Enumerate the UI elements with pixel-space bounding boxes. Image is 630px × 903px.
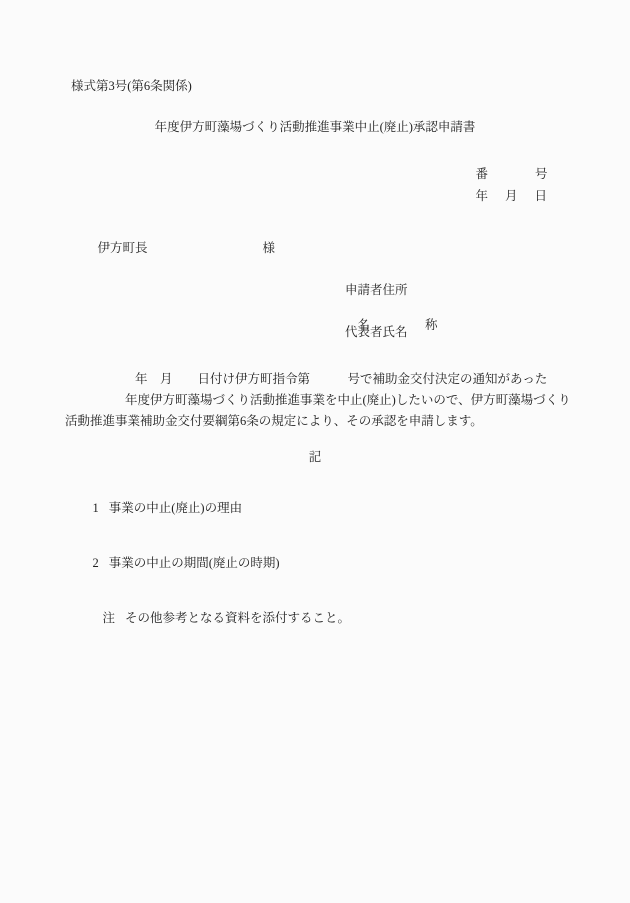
list-item-1-number: 1 — [93, 501, 99, 515]
applicant-name-label-right: 称 — [425, 318, 438, 332]
date-day-label: 日 — [535, 189, 548, 203]
body-paragraph-line-1: 年 月 日付け伊方町指令第 号で補助金交付決定の通知があった — [135, 372, 547, 386]
body-paragraph-line-2: 年度伊方町藻場づくり活動推進事業を中止(廃止)したいので、伊方町藻場づくり — [125, 393, 571, 407]
addressee-honorific: 様 — [263, 241, 276, 255]
note-line: 注その他参考となる資料を添付すること。 — [90, 597, 350, 639]
list-item-1-text: 事業の中止(廃止)の理由 — [109, 501, 242, 515]
date-year-label: 年 — [476, 189, 489, 203]
addressee-name: 伊方町長 — [98, 241, 148, 255]
list-item-2: 2事業の中止の期間(廃止の時期) — [80, 542, 280, 584]
note-label: 注 — [103, 611, 116, 625]
note-text: その他参考となる資料を添付すること。 — [125, 611, 350, 625]
form-number: 様式第3号(第6条関係) — [71, 79, 192, 93]
record-heading: 記 — [0, 450, 630, 464]
document-page: 様式第3号(第6条関係) 年度伊方町藻場づくり活動推進事業中止(廃止)承認申請書… — [0, 0, 630, 903]
date-line: 年月日 — [463, 175, 547, 217]
document-title: 年度伊方町藻場づくり活動推進事業中止(廃止)承認申請書 — [0, 120, 630, 134]
body-paragraph-line-3: 活動推進事業補助金交付要綱第6条の規定により、その承認を申請します。 — [65, 414, 483, 428]
addressee-line: 伊方町長様 — [85, 227, 275, 269]
list-item-1: 1事業の中止(廃止)の理由 — [80, 487, 242, 529]
list-item-2-text: 事業の中止の期間(廃止の時期) — [109, 556, 280, 570]
applicant-representative-label: 代表者氏名 — [345, 325, 408, 339]
applicant-address-label: 申請者住所 — [345, 283, 408, 297]
date-month-label: 月 — [505, 189, 518, 203]
list-item-2-number: 2 — [93, 556, 99, 570]
